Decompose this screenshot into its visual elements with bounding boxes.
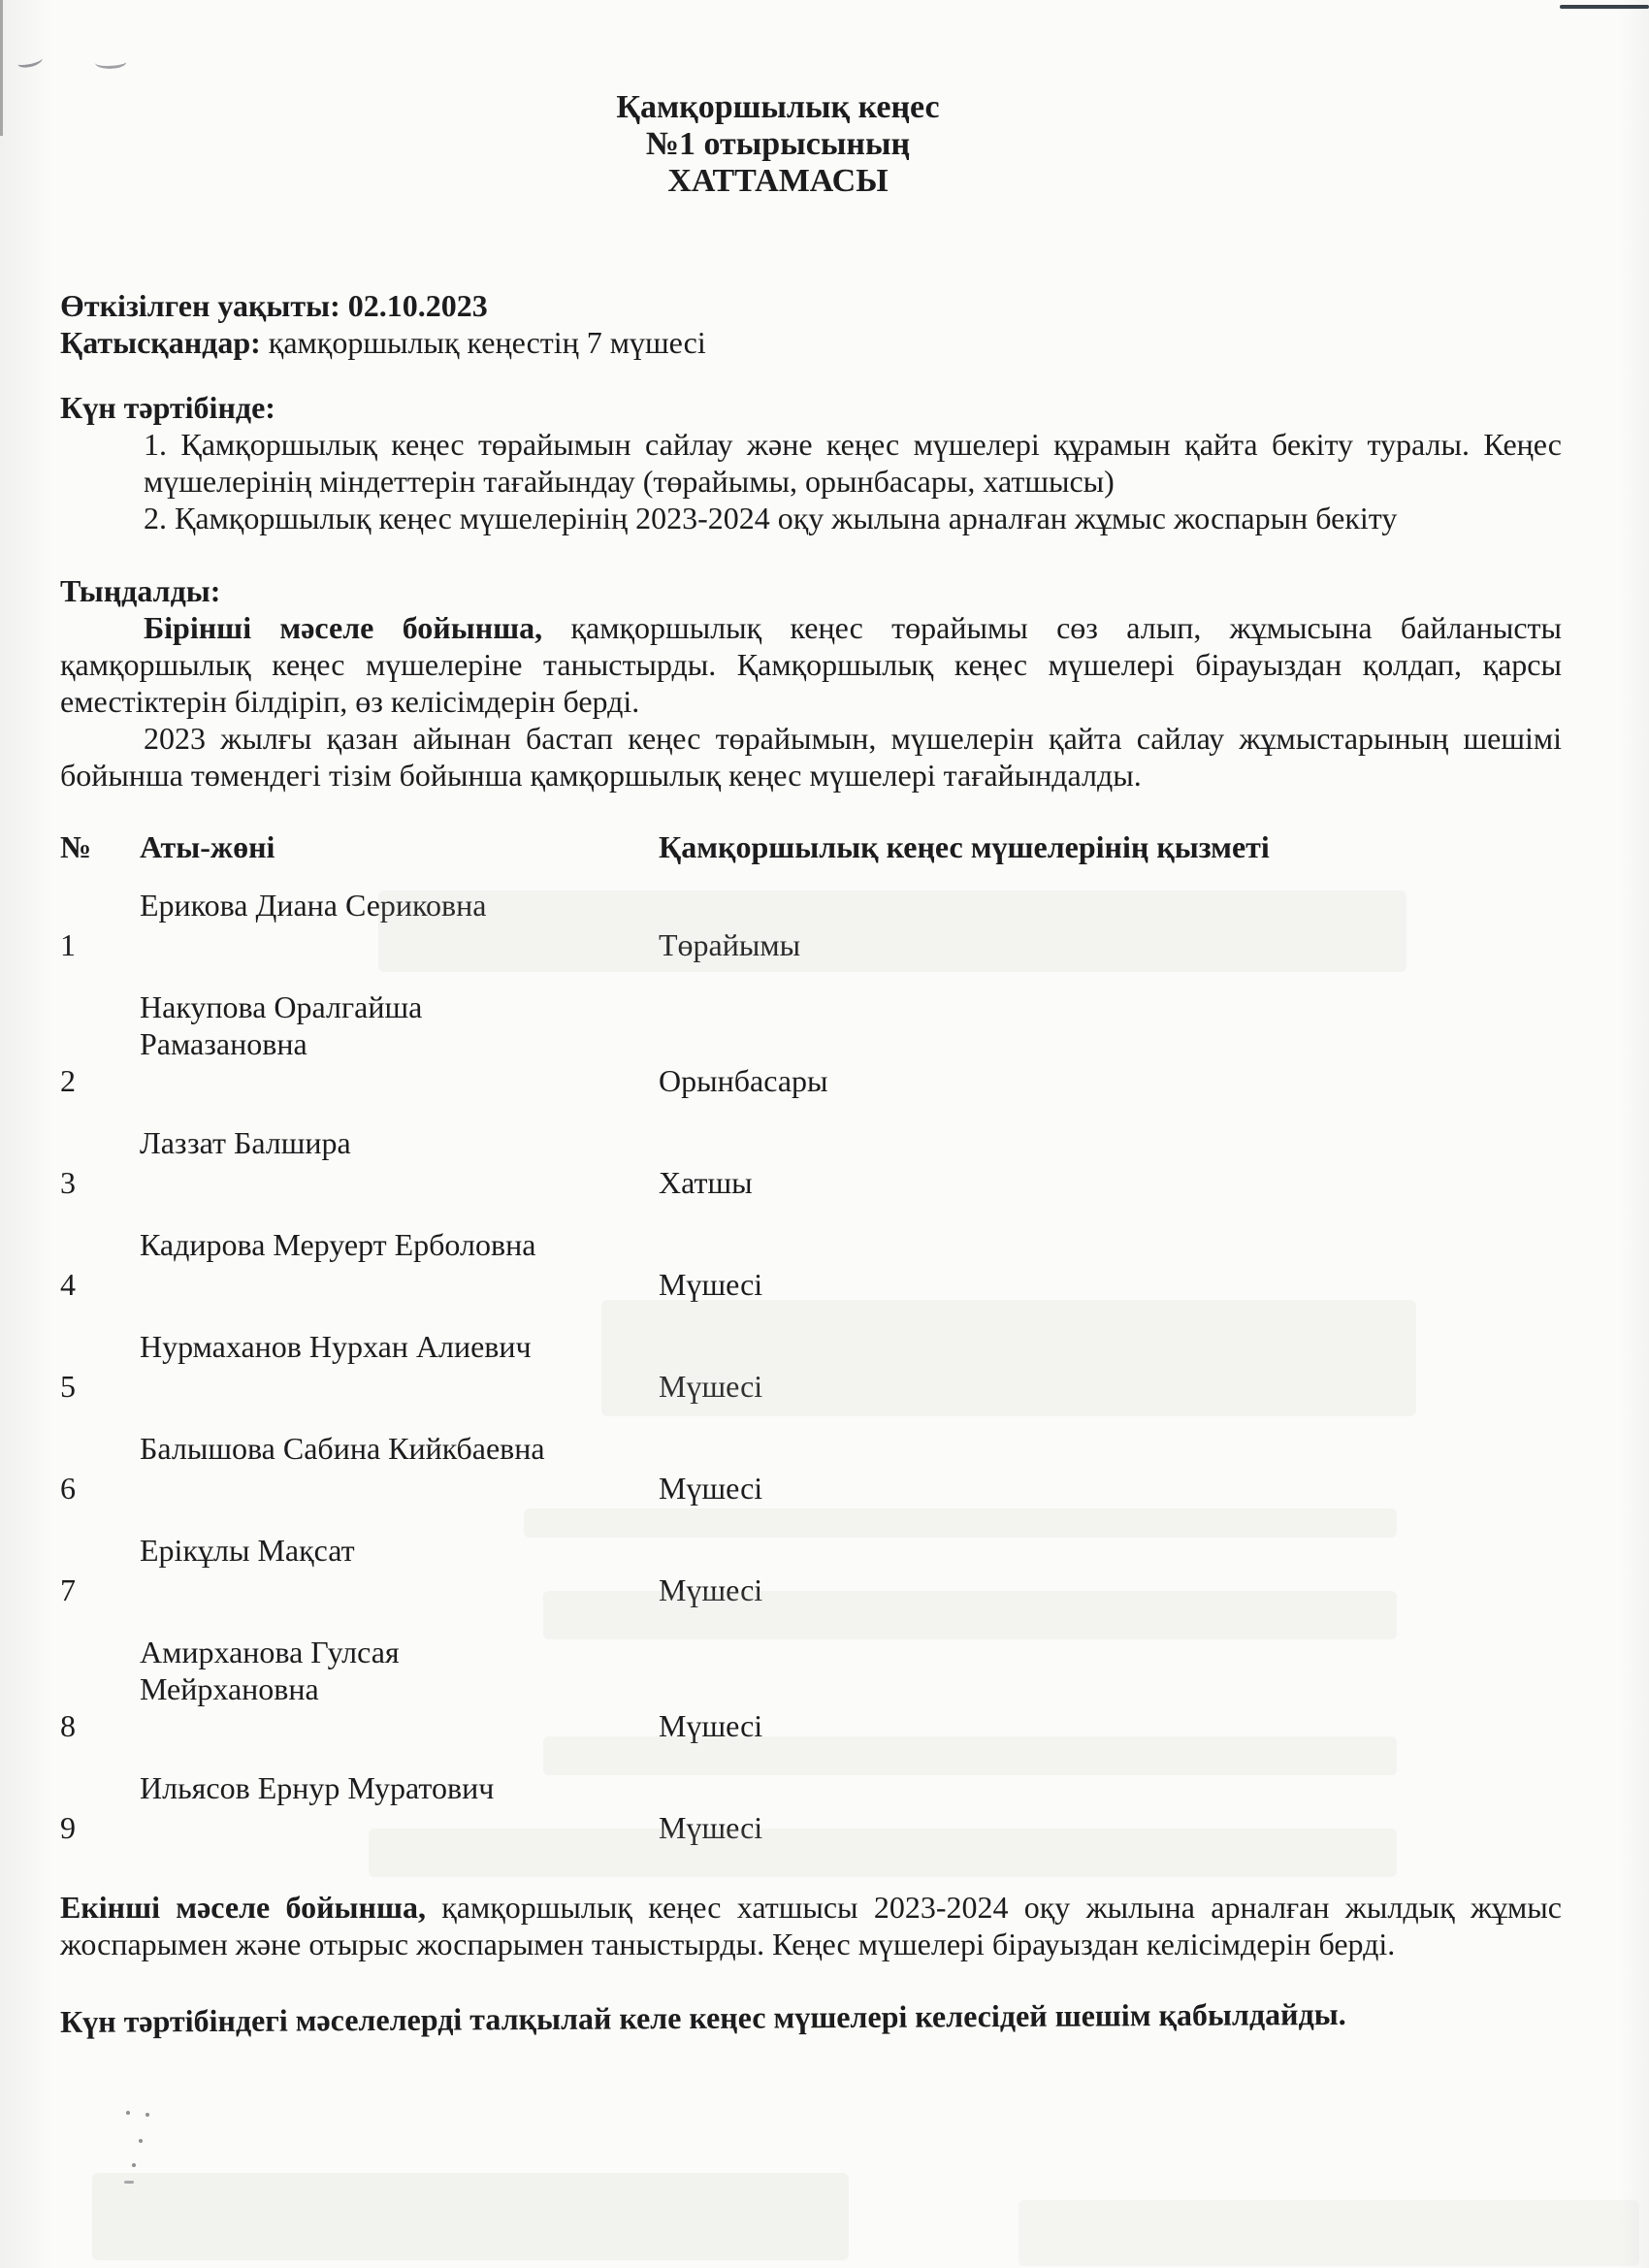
held-time-line: Өткізілген уақыты: 02.10.2023 <box>60 287 1562 324</box>
participants-label: Қатысқандар: <box>60 325 261 360</box>
row-number: 5 <box>60 1368 140 1430</box>
members-table: № Аты-жөні Қамқоршылық кеңес мүшелерінің… <box>60 828 1562 1871</box>
header-number: № <box>60 828 140 865</box>
second-issue-lead: Екінші мәселе бойынша, <box>60 1890 426 1925</box>
member-name: Балышова Сабина Кийкбаевна <box>140 1430 659 1467</box>
pencil-mark <box>16 53 44 69</box>
doc-title: Қамқоршылық кеңес №1 отырысының ХАТТАМАС… <box>60 0 1496 200</box>
scan-edge-artifact <box>0 0 3 136</box>
member-name: Лаззат Балшира <box>140 1124 659 1161</box>
speck-artifact <box>139 2139 143 2143</box>
row-number: 4 <box>60 1266 140 1328</box>
member-name: Ерикова Диана Сериковна <box>140 887 659 923</box>
header-name: Аты-жөні <box>140 828 659 865</box>
row-number: 6 <box>60 1470 140 1532</box>
member-role: Мүшесі <box>659 1368 1562 1430</box>
table-body: 1 Ерикова Диана Сериковна Төрайымы 2 Нак… <box>60 887 1562 1871</box>
row-number: 7 <box>60 1571 140 1634</box>
member-name: Накупова Оралгайша Рамазановна <box>140 988 659 1062</box>
member-role: Мүшесі <box>659 1266 1562 1328</box>
doc-title-line-2: №1 отырысының <box>60 126 1496 163</box>
member-name: Кадирова Меруерт Ерболовна <box>140 1226 659 1263</box>
table-row: 2 Накупова Оралгайша Рамазановна Орынбас… <box>60 988 1562 1124</box>
member-role: Орынбасары <box>659 1062 1562 1124</box>
row-number: 8 <box>60 1707 140 1769</box>
doc-meta: Өткізілген уақыты: 02.10.2023 Қатысқанда… <box>60 287 1562 361</box>
closing-statement: Күн тәртібіндегі мәселелерді талқылай ке… <box>60 1994 1562 2040</box>
doc-title-line-1: Қамқоршылық кеңес <box>60 89 1496 126</box>
table-row: 1 Ерикова Диана Сериковна Төрайымы <box>60 887 1562 988</box>
participants-value: қамқоршылық кеңестің 7 мүшесі <box>261 325 706 360</box>
member-role: Хатшы <box>659 1164 1562 1226</box>
table-row: 7 Ерікұлы Мақсат Мүшесі <box>60 1532 1562 1634</box>
member-name: Ерікұлы Мақсат <box>140 1532 659 1569</box>
member-role: Мүшесі <box>659 1809 1562 1871</box>
second-issue-paragraph: Екінші мәселе бойынша, қамқоршылық кеңес… <box>60 1889 1562 1962</box>
agenda-heading: Күн тәртібінде: <box>60 389 1562 426</box>
table-row: 3 Лаззат Балшира Хатшы <box>60 1124 1562 1226</box>
table-row: 8 Амирханова Гулсая Мейрхановна Мүшесі <box>60 1634 1562 1769</box>
held-time-label: Өткізілген уақыты: <box>60 288 340 323</box>
doc-title-line-3: ХАТТАМАСЫ <box>60 163 1496 200</box>
appointment-paragraph: 2023 жылғы қазан айынан бастап кеңес төр… <box>60 720 1562 794</box>
first-issue-paragraph: Бірінші мәселе бойынша, қамқоршылық кеңе… <box>60 609 1562 720</box>
member-role: Мүшесі <box>659 1470 1562 1532</box>
member-name: Нурмаханов Нурхан Алиевич <box>140 1328 659 1365</box>
row-number: 1 <box>60 926 140 988</box>
speck-artifact <box>126 2111 130 2115</box>
row-number: 2 <box>60 1062 140 1124</box>
member-role: Төрайымы <box>659 926 1562 988</box>
held-time-value: 02.10.2023 <box>340 288 488 323</box>
speck-artifact <box>132 2163 136 2167</box>
speck-artifact <box>124 2181 134 2184</box>
agenda-items: 1. Қамқоршылық кеңес төрайымын сайлау жә… <box>144 426 1562 536</box>
row-number: 3 <box>60 1164 140 1226</box>
speck-artifact <box>145 2113 149 2117</box>
table-row: 6 Балышова Сабина Кийкбаевна Мүшесі <box>60 1430 1562 1532</box>
row-number: 9 <box>60 1809 140 1871</box>
heard-heading: Тыңдалды: <box>60 572 1562 609</box>
highlight-band-artifact <box>1018 2200 1639 2266</box>
first-issue-lead: Бірінші мәселе бойынша, <box>144 610 542 645</box>
highlight-band-artifact <box>92 2173 849 2260</box>
member-role: Мүшесі <box>659 1707 1562 1769</box>
header-role: Қамқоршылық кеңес мүшелерінің қызметі <box>659 828 1562 865</box>
scan-edge-artifact <box>1560 5 1649 9</box>
member-name: Амирханова Гулсая Мейрхановна <box>140 1634 659 1707</box>
member-name: Ильясов Ернур Муратович <box>140 1769 659 1806</box>
participants-line: Қатысқандар: қамқоршылық кеңестің 7 мүше… <box>60 324 1562 361</box>
member-role: Мүшесі <box>659 1571 1562 1634</box>
scanned-protocol-page: Қамқоршылық кеңес №1 отырысының ХАТТАМАС… <box>0 0 1649 2268</box>
agenda-item: 2. Қамқоршылық кеңес мүшелерінің 2023-20… <box>144 500 1562 536</box>
agenda-item: 1. Қамқоршылық кеңес төрайымын сайлау жә… <box>144 426 1562 500</box>
table-header-row: № Аты-жөні Қамқоршылық кеңес мүшелерінің… <box>60 828 1562 865</box>
table-row: 4 Кадирова Меруерт Ерболовна Мүшесі <box>60 1226 1562 1328</box>
table-row: 5 Нурмаханов Нурхан Алиевич Мүшесі <box>60 1328 1562 1430</box>
table-row: 9 Ильясов Ернур Муратович Мүшесі <box>60 1769 1562 1871</box>
